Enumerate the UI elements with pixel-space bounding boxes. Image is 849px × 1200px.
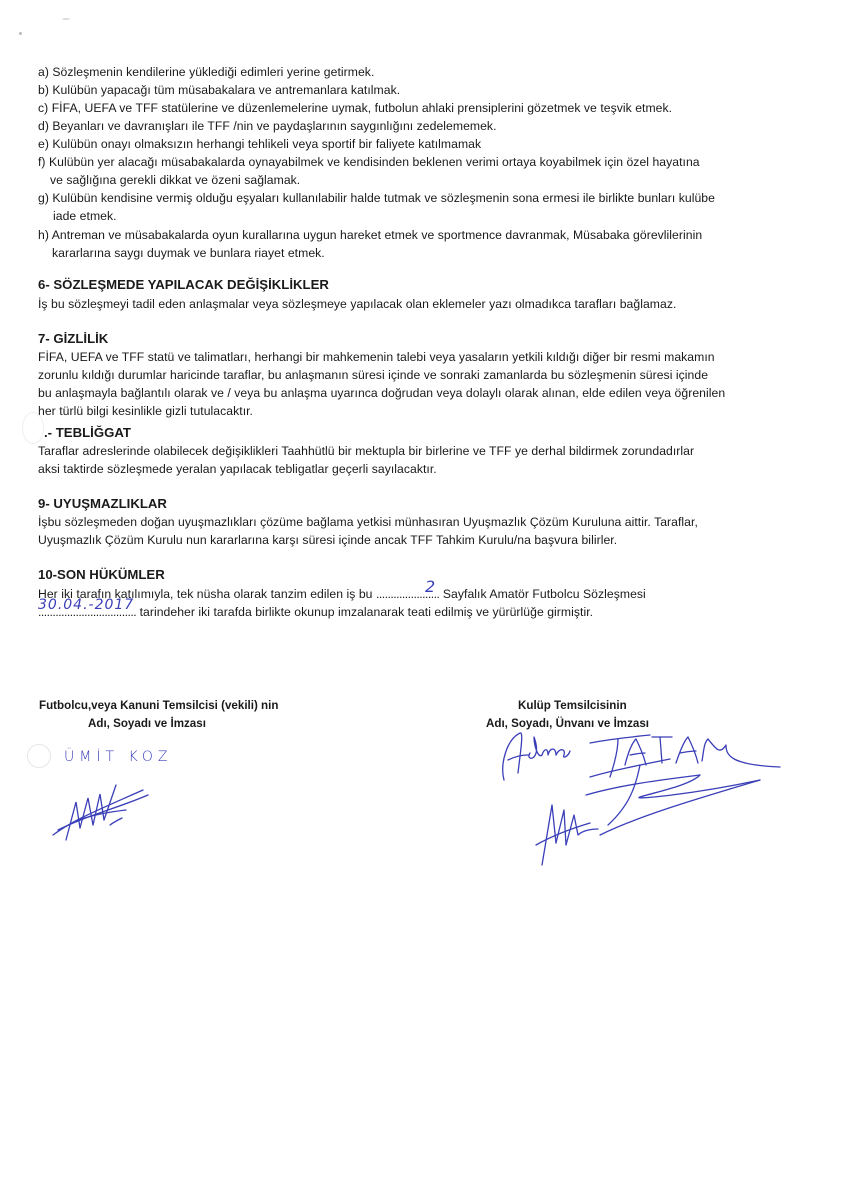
section-7-heading: 7- GİZLİLİK <box>38 330 108 348</box>
section-7-text-line: zorunlu kıldığı durumlar haricinde taraf… <box>38 366 708 384</box>
obligation-item-f: f) Kulübün yer alacağı müsabakalarda oyn… <box>38 153 700 171</box>
obligation-item-b: b) Kulübün yapacağı tüm müsabakalara ve … <box>38 81 400 99</box>
section-9-text-line: Uyuşmazlık Çözüm Kurulu nun kararlarına … <box>38 531 617 549</box>
obligation-item-d: d) Beyanları ve davranışları ile TFF /ni… <box>38 117 497 135</box>
section-8-text-line: Taraflar adreslerinde olabilecek değişik… <box>38 442 694 460</box>
obligation-item-h-cont: kararlarına saygı duymak ve bunlara riay… <box>52 244 325 262</box>
section-9-heading: 9- UYUŞMAZLIKLAR <box>38 495 167 513</box>
section-6-heading: 6- SÖZLEŞMEDE YAPILACAK DEĞİŞİKLİKLER <box>38 276 329 294</box>
section-6-text: İş bu sözleşmeyi tadil eden anlaşmalar v… <box>38 295 676 313</box>
section-7-text-line: bu anlaşmayla bağlantılı olarak ve / vey… <box>38 384 725 402</box>
section-10-line-2-suffix: tarindeher iki tarafda birlikte okunup i… <box>136 605 593 619</box>
section-8-heading: .- TEBLİĞGAT <box>44 424 131 442</box>
scan-artifact <box>19 32 22 35</box>
scan-artifact <box>62 18 70 20</box>
obligation-item-e: e) Kulübün onayı olmaksızın herhangi teh… <box>38 135 481 153</box>
player-signature-label-line-1: Futbolcu,veya Kanuni Temsilcisi (vekili)… <box>39 697 278 714</box>
section-10-heading: 10-SON HÜKÜMLER <box>38 566 165 584</box>
club-signature <box>490 725 790 885</box>
section-8-text-line: aksi taktirde sözleşmede yeralan yapılac… <box>38 460 437 478</box>
player-signature-label-line-2: Adı, Soyadı ve İmzası <box>88 715 206 732</box>
punch-hole-mark <box>22 412 44 444</box>
obligation-item-f-cont: ve sağlığına gerekli dikkat ve özeni sağ… <box>50 171 300 189</box>
obligation-item-h: h) Antreman ve müsabakalarda oyun kurall… <box>38 226 702 244</box>
section-9-text-line: İşbu sözleşmeden doğan uyuşmazlıkları çö… <box>38 513 698 531</box>
handwritten-date: 30.04.-2017 <box>38 597 134 613</box>
obligation-item-a: a) Sözleşmenin kendilerine yüklediği edi… <box>38 63 374 81</box>
obligation-item-g-cont: iade etmek. <box>53 207 117 225</box>
player-signature <box>48 780 168 850</box>
punch-hole-mark <box>27 744 51 768</box>
section-7-text-line: FİFA, UEFA ve TFF statü ve talimatları, … <box>38 348 715 366</box>
player-handwritten-name: ÜMİT KOZ <box>64 749 172 765</box>
contract-page: a) Sözleşmenin kendilerine yüklediği edi… <box>0 0 849 1200</box>
section-10-line-1-suffix: Sayfalık Amatör Futbolcu Sözleşmesi <box>439 587 645 601</box>
obligation-item-c: c) FİFA, UEFA ve TFF statülerine ve düze… <box>38 99 672 117</box>
obligation-item-g: g) Kulübün kendisine vermiş olduğu eşyal… <box>38 189 715 207</box>
section-7-text-line: her türlü bilgi kesinlikle gizli tutulac… <box>38 402 253 420</box>
club-signature-label-line-1: Kulüp Temsilcisinin <box>518 697 627 714</box>
handwritten-page-count: 2 <box>425 577 435 596</box>
